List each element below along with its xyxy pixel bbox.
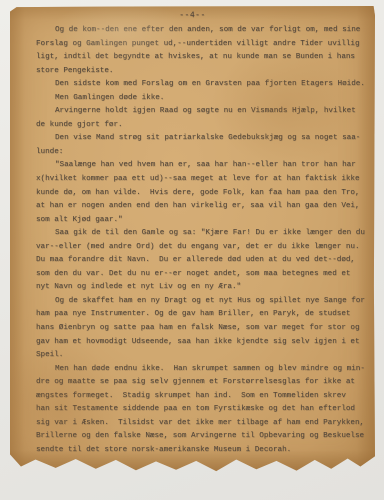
text-line: Men Gamlingen døde ikke. [36, 92, 370, 106]
document-text: Og de kom--den ene efter den anden, som … [10, 24, 375, 458]
text-line: Den sidste kom med Forslag om en Gravste… [36, 78, 370, 92]
text-line: Saa gik de til den Gamle og sa: "Kjære F… [36, 227, 370, 241]
text-line: "Saalænge han ved hvem han er, saa har h… [36, 159, 370, 173]
text-line: Og de skaffet ham en ny Dragt og et nyt … [36, 295, 370, 309]
text-line: Forslag og Gamlingen punget ud,--underti… [36, 38, 370, 52]
text-line: Speil. [36, 349, 370, 363]
text-line: lunde: [36, 146, 370, 160]
text-line: han sit Testamente siddende paa en tom F… [36, 403, 370, 417]
text-line: nyt Navn og indlede et nyt Liv og en ny … [36, 281, 370, 295]
text-line: gav ham et hovmodigt Udseende, saa han i… [36, 336, 370, 350]
text-line: ham paa nye Instrumenter. Og de gav ham … [36, 308, 370, 322]
text-line: var--eller (med andre Ord) det du engang… [36, 241, 370, 255]
text-line: sig var i Æsken. Tilsidst var det ikke m… [36, 417, 370, 431]
text-line: Den vise Mand strøg sit patriarkalske Ge… [36, 132, 370, 146]
scan-background: --4-- Og de kom--den ene efter den anden… [0, 0, 384, 500]
text-line: ængstes formeget. Stadig skrumpet han in… [36, 390, 370, 404]
text-line: x(hvilket kommer paa ett ud)--saa meget … [36, 173, 370, 187]
text-line: store Pengekiste. [36, 65, 370, 79]
text-line: Og de kom--den ene efter den anden, som … [36, 24, 370, 38]
text-line: Arvingerne holdt igjen Raad og søgte nu … [36, 105, 370, 119]
text-line: hans Øienbryn og satte paa ham en falsk … [36, 322, 370, 336]
page-number: --4-- [10, 10, 375, 22]
text-line: som den du var. Det du nu er--er noget a… [36, 268, 370, 282]
document-page: --4-- Og de kom--den ene efter den anden… [10, 6, 375, 473]
text-line: Du maa forandre dit Navn. Du er allerede… [36, 254, 370, 268]
text-line: Men han døde endnu ikke. Han skrumpet sa… [36, 363, 370, 377]
text-line: sendte til det store norsk-amerikanske M… [36, 444, 370, 458]
text-line: de kunde gjort før. [36, 119, 370, 133]
text-line: som alt Kjød gaar." [36, 214, 370, 228]
text-line: dre og maatte se paa sig selv gjennem et… [36, 376, 370, 390]
text-line: Brillerne og den falske Næse, som Arving… [36, 430, 370, 444]
text-line: kunde dø, om han vilde. Hvis dere, gode … [36, 187, 370, 201]
text-line: at han er nogen anden end den han virkel… [36, 200, 370, 214]
text-line: ligt, indtil det begyndte at hviskes, at… [36, 51, 370, 65]
